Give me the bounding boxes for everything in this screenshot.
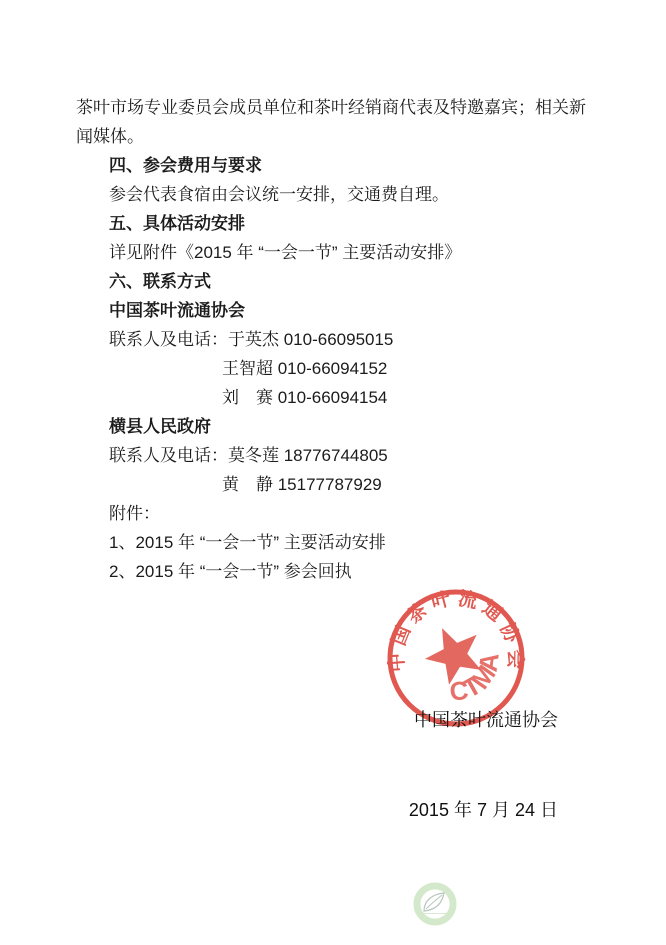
document-line: 黄 静 15177787929 bbox=[76, 470, 591, 499]
document-line: 联系人及电话：莫冬莲 18776744805 bbox=[76, 441, 591, 470]
document-line: 茶叶市场专业委员会成员单位和茶叶经销商代表及特邀嘉宾；相关新 bbox=[76, 93, 591, 122]
document-line: 1、2015 年 “一会一节” 主要活动安排 bbox=[76, 528, 591, 557]
tea-leaf-watermark bbox=[411, 880, 459, 928]
document-line: 参会代表食宿由会议统一安排，交通费自理。 bbox=[76, 180, 591, 209]
document-line: 中国茶叶流通协会 bbox=[76, 296, 591, 325]
document-line: 联系人及电话：于英杰 010-66095015 bbox=[76, 325, 591, 354]
signature-date: 2015 年 7 月 24 日 bbox=[409, 795, 558, 825]
leaf-icon bbox=[411, 880, 459, 928]
signature-block: 中国茶叶流通协会 2015 年 7 月 24 日 bbox=[409, 645, 558, 885]
document-lines: 茶叶市场专业委员会成员单位和茶叶经销商代表及特邀嘉宾；相关新闻媒体。四、参会费用… bbox=[76, 93, 591, 586]
signature-org: 中国茶叶流通协会 bbox=[409, 705, 558, 735]
document-page: 茶叶市场专业委员会成员单位和茶叶经销商代表及特邀嘉宾；相关新闻媒体。四、参会费用… bbox=[0, 0, 666, 945]
document-line: 五、具体活动安排 bbox=[76, 209, 591, 238]
document-line: 2、2015 年 “一会一节” 参会回执 bbox=[76, 557, 591, 586]
document-line: 四、参会费用与要求 bbox=[76, 151, 591, 180]
document-line: 刘 赛 010-66094154 bbox=[76, 383, 591, 412]
document-line: 六、联系方式 bbox=[76, 267, 591, 296]
document-line: 横县人民政府 bbox=[76, 412, 591, 441]
document-line: 闻媒体。 bbox=[76, 122, 591, 151]
document-line: 王智超 010-66094152 bbox=[76, 354, 591, 383]
document-line: 附件： bbox=[76, 499, 591, 528]
document-line: 详见附件《2015 年 “一会一节” 主要活动安排》 bbox=[76, 238, 591, 267]
